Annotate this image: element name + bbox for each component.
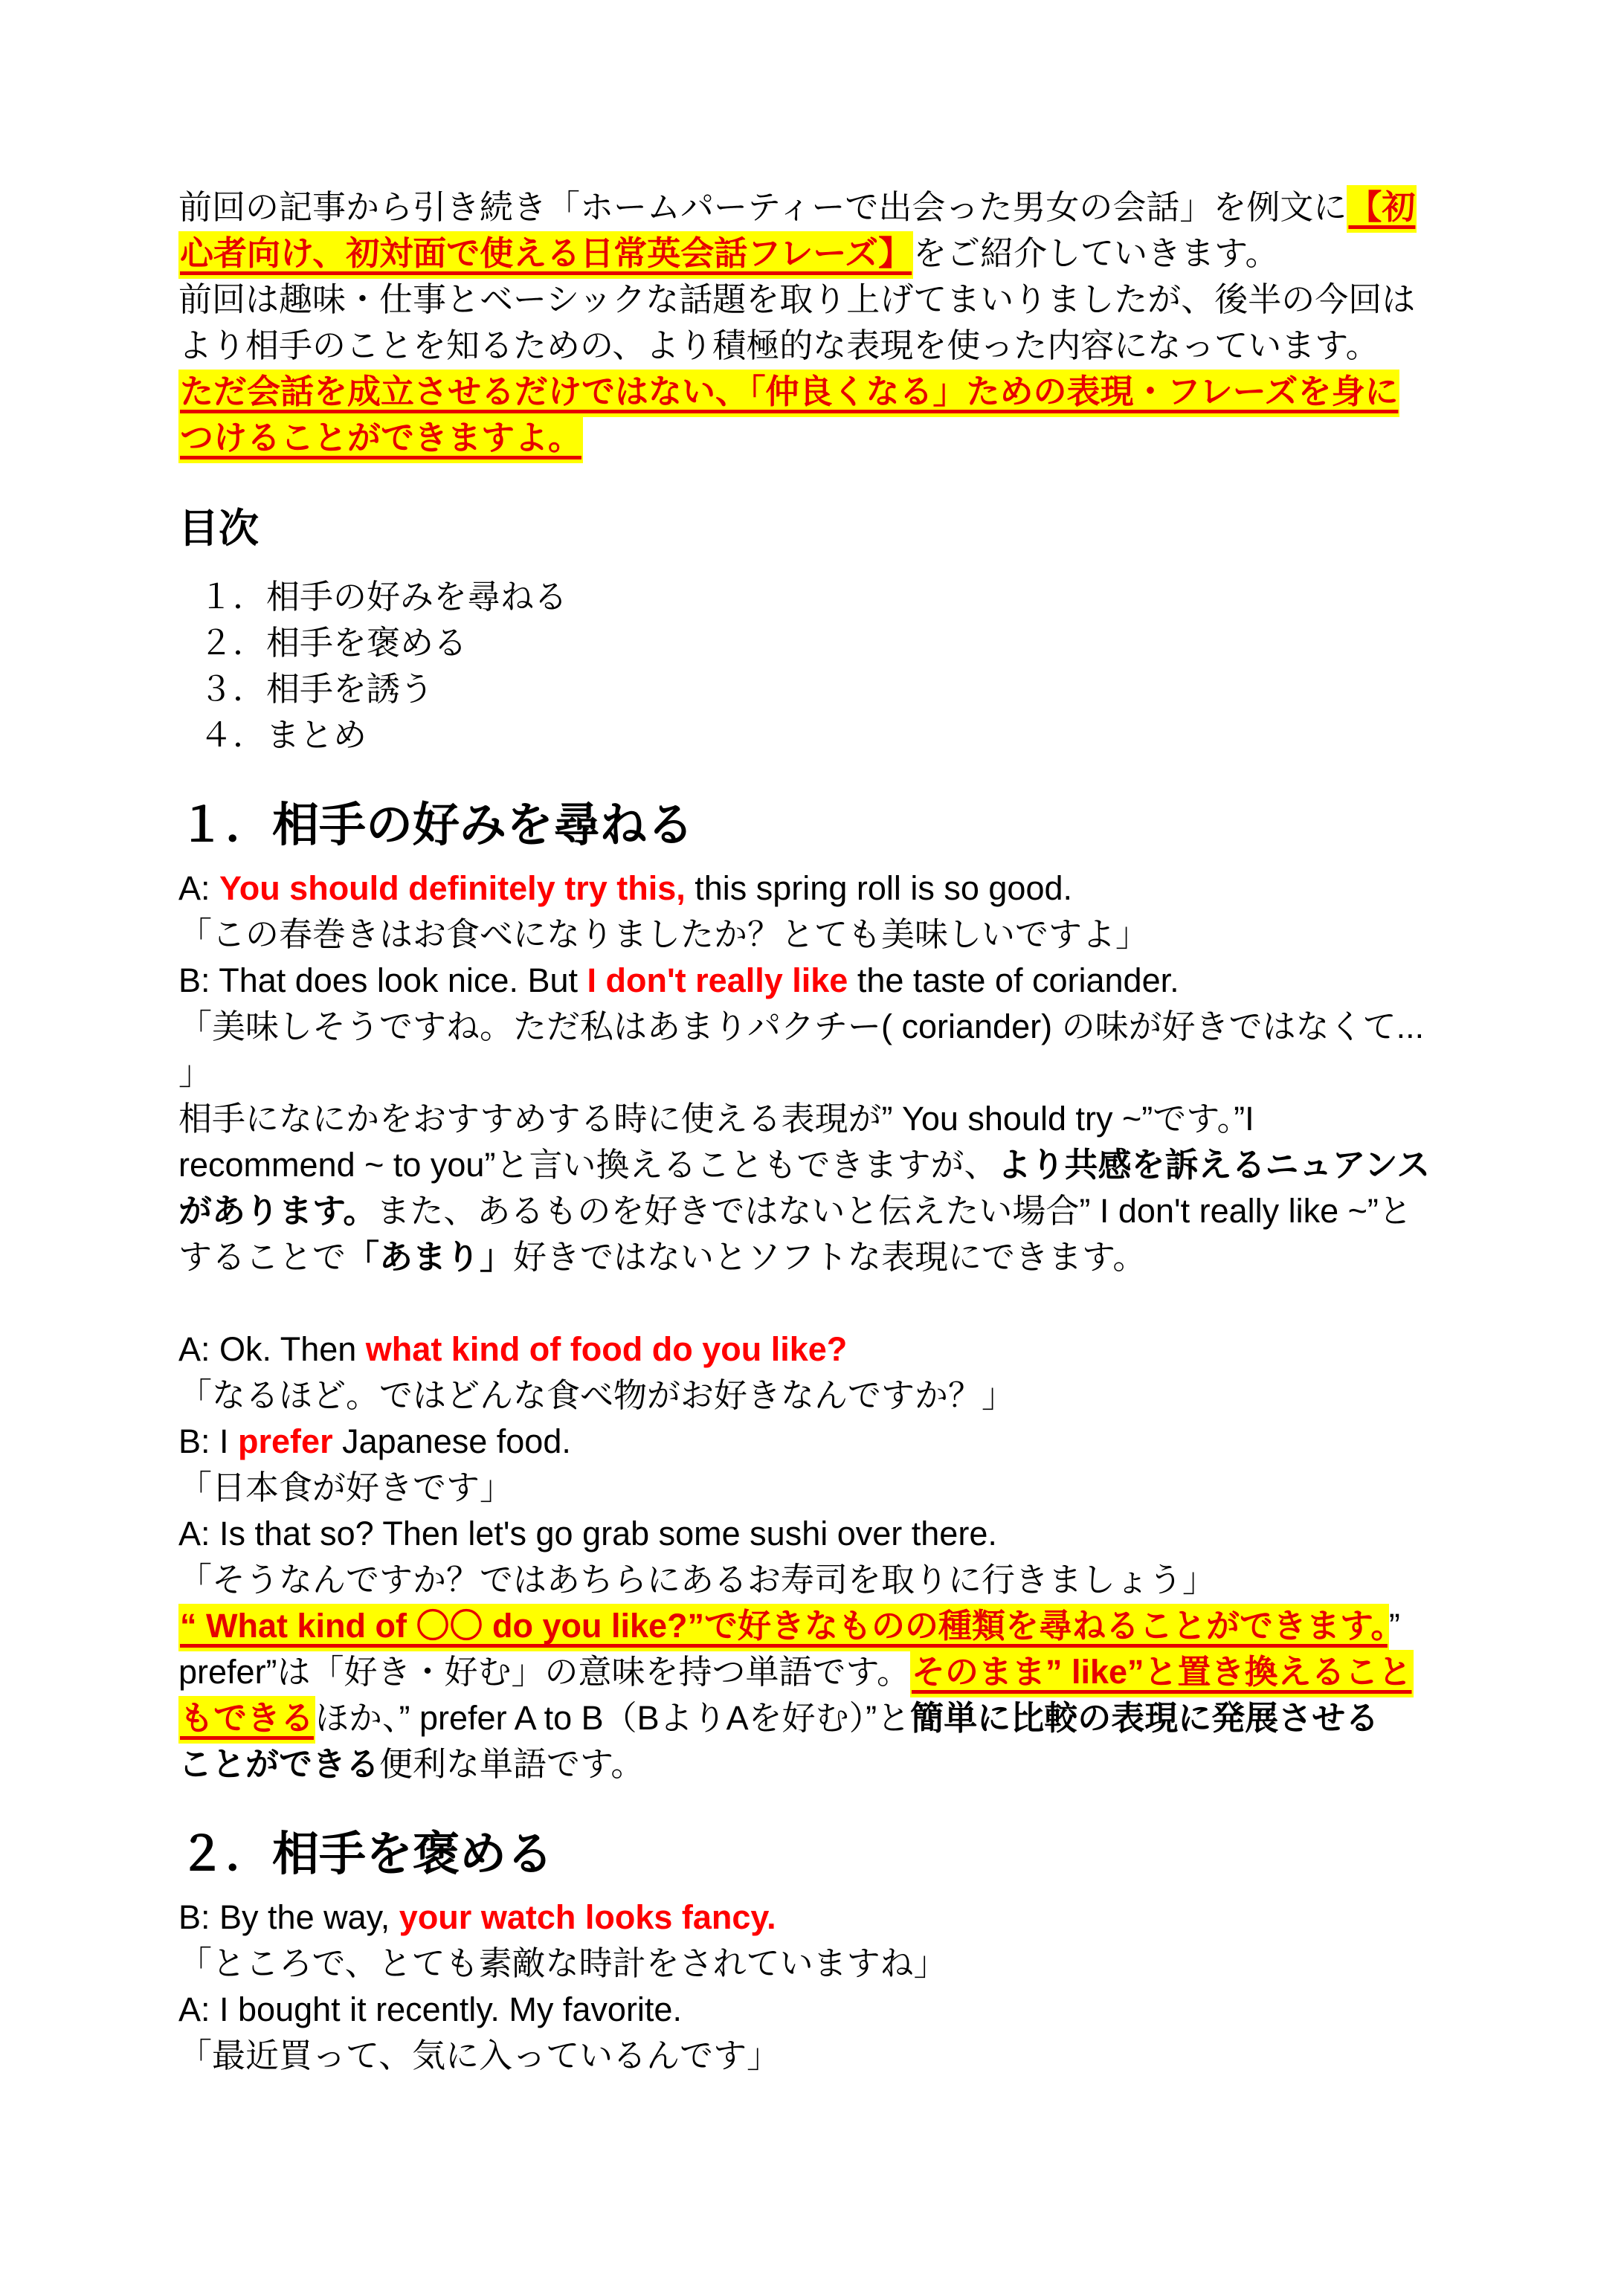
toc-heading: 目次 [178, 503, 1460, 555]
highlighted-phrase: 心者向け、初対面で使える日常英会話フレーズ】 [178, 231, 913, 279]
text-line: より相手のことを知るための、より積極的な表現を使った内容になっています。 [178, 323, 1460, 369]
section-2-dialogue: B: By the way, your watch looks fancy.「と… [178, 1894, 1460, 2079]
text-line: 相手になにかをおすすめする時に使える表現が” You should try ~”… [178, 1096, 1460, 1142]
text-line: ことができる便利な単語です。 [178, 1741, 1460, 1787]
text-line: つけることができますよ。 [178, 415, 1460, 461]
text-line: もできるほか、” prefer A to B（BよりAを好む）”と簡単に比較の表… [178, 1695, 1460, 1741]
text-run: B: That does look nice. But [178, 961, 587, 999]
toc-item: ３．相手を誘う [199, 666, 1460, 712]
bold-phrase: より共感を訴えるニュアンス [997, 1146, 1430, 1184]
text-run: 「この春巻きはお食べになりましたか？とても美味しいですよ」 [178, 915, 1149, 953]
red-phrase: what kind of food do you like? [366, 1330, 847, 1368]
text-run: をご紹介していきます。 [913, 234, 1278, 272]
text-line: 心者向け、初対面で使える日常英会話フレーズ】をご紹介していきます。 [178, 230, 1460, 277]
text-run: 「日本食が好きです」 [178, 1468, 513, 1506]
intro-paragraph: 前回の記事から引き続き「ホームパーティーで出会った男女の会話」を例文に【初心者向… [178, 184, 1460, 461]
table-of-contents: １．相手の好みを尋ねる２．相手を褒める３．相手を誘う４．まとめ [178, 574, 1460, 758]
text-line: 「なるほど。ではどんな食べ物がお好きなんですか？」 [178, 1373, 1460, 1419]
text-run: ” [1389, 1607, 1400, 1645]
document-page: 前回の記事から引き続き「ホームパーティーで出会った男女の会話」を例文に【初心者向… [0, 0, 1624, 2296]
text-run: 前回は趣味・仕事とベーシックな話題を取り上げてまいりましたが、後半の今回は [178, 280, 1415, 318]
document-content: 前回の記事から引き続き「ホームパーティーで出会った男女の会話」を例文に【初心者向… [178, 184, 1460, 2079]
text-run: B: By the way, [178, 1898, 399, 1936]
bold-phrase: 簡単に比較の表現に発展させる [910, 1699, 1379, 1737]
highlighted-phrase: そのまま” like”と置き換えること [910, 1650, 1414, 1697]
text-run: 「美味しそうですね。ただ私はあまりパクチー( coriander) の味が好きで… [178, 1007, 1424, 1045]
text-run: recommend ~ to you”と言い換えることもできますが、 [178, 1146, 997, 1184]
text-line: ただ会話を成立させるだけではない、「仲良くなる」ための表現・フレーズを身に [178, 369, 1460, 415]
text-run: 前回の記事から引き続き「ホームパーティーで出会った男女の会話」を例文に [178, 188, 1347, 226]
text-line: することで「あまり」好きではないとソフトな表現にできます。 [178, 1234, 1460, 1280]
text-run: Japanese food. [333, 1422, 571, 1460]
text-run: A: [178, 869, 219, 907]
text-run: 「最近買って、気に入っているんです」 [178, 2037, 780, 2074]
text-run: B: I [178, 1422, 238, 1460]
highlighted-phrase: 【初 [1347, 185, 1417, 233]
text-line: 」 [178, 1050, 1460, 1096]
text-line: recommend ~ to you”と言い換えることもできますが、より共感を訴… [178, 1142, 1460, 1188]
highlighted-phrase: “ What kind of 〇〇 do you like?”で好きなものの種類… [178, 1604, 1389, 1651]
section-1-dialogue-2-and-note: A: Ok. Then what kind of food do you lik… [178, 1326, 1460, 1787]
toc-item: ４．まとめ [199, 712, 1460, 758]
text-line: 「ところで、とても素敵な時計をされていますね」 [178, 1941, 1460, 1987]
section-2-heading: ２．相手を褒める [178, 1825, 1460, 1884]
text-run: the taste of coriander. [848, 961, 1179, 999]
text-run: 「ところで、とても素敵な時計をされていますね」 [178, 1944, 947, 1982]
text-run: prefer”は「好き・好む」の意味を持つ単語です。 [178, 1653, 910, 1691]
text-line: 「この春巻きはお食べになりましたか？とても美味しいですよ」 [178, 912, 1460, 958]
blank-line [178, 1280, 1460, 1326]
text-line: 「日本食が好きです」 [178, 1465, 1460, 1511]
toc-item: １．相手の好みを尋ねる [199, 574, 1460, 620]
text-run: 好きではないとソフトな表現にできます。 [513, 1238, 1146, 1276]
toc-item: ２．相手を褒める [199, 620, 1460, 666]
text-run: 相手になにかをおすすめする時に使える表現が” You should try ~”… [178, 1100, 1254, 1138]
text-run: 便利な単語です。 [379, 1745, 644, 1783]
text-line: B: I prefer Japanese food. [178, 1419, 1460, 1465]
text-line: 前回は趣味・仕事とベーシックな話題を取り上げてまいりましたが、後半の今回は [178, 277, 1460, 323]
red-phrase: I don't really like [587, 961, 848, 999]
red-phrase: You should definitely try this, [219, 869, 686, 907]
highlighted-phrase: もできる [178, 1696, 315, 1744]
text-line: があります。また、あるものを好きではないと伝えたい場合” I don't rea… [178, 1188, 1460, 1234]
text-run: また、あるものを好きではないと伝えたい場合” I don't really li… [376, 1192, 1412, 1230]
text-run: 「そうなんですか？ではあちらにあるお寿司を取りに行きましょう」 [178, 1561, 1216, 1599]
text-line: 前回の記事から引き続き「ホームパーティーで出会った男女の会話」を例文に【初 [178, 184, 1460, 230]
text-line: A: You should definitely try this, this … [178, 865, 1460, 912]
text-line: A: I bought it recently. My favorite. [178, 1987, 1460, 2033]
red-phrase: prefer [238, 1422, 333, 1460]
text-run: より相手のことを知るための、より積極的な表現を使った内容になっています。 [178, 326, 1379, 364]
text-run: ほか、” prefer A to B（BよりAを好む）”と [315, 1699, 910, 1737]
text-run: 「なるほど。ではどんな食べ物がお好きなんですか？」 [178, 1376, 1015, 1414]
highlighted-phrase: つけることができますよ。 [178, 416, 583, 463]
text-run: A: I bought it recently. My favorite. [178, 1990, 682, 2028]
text-line: B: That does look nice. But I don't real… [178, 958, 1460, 1004]
text-line: A: Ok. Then what kind of food do you lik… [178, 1326, 1460, 1373]
section-1-heading: １．相手の好みを尋ねる [178, 796, 1460, 855]
text-line: 「そうなんですか？ではあちらにあるお寿司を取りに行きましょう」 [178, 1557, 1460, 1603]
text-run: A: Is that so? Then let's go grab some s… [178, 1515, 997, 1552]
text-line: “ What kind of 〇〇 do you like?”で好きなものの種類… [178, 1603, 1460, 1649]
section-1-dialogue-and-note: A: You should definitely try this, this … [178, 865, 1460, 1280]
bold-phrase: があります。 [178, 1192, 376, 1230]
text-line: 「美味しそうですね。ただ私はあまりパクチー( coriander) の味が好きで… [178, 1004, 1460, 1050]
bold-phrase: ことができる [178, 1745, 379, 1783]
bold-phrase: 「あまり」 [346, 1238, 513, 1276]
text-line: A: Is that so? Then let's go grab some s… [178, 1511, 1460, 1557]
text-run: this spring roll is so good. [686, 869, 1072, 907]
text-line: B: By the way, your watch looks fancy. [178, 1894, 1460, 1941]
highlighted-phrase: ただ会話を成立させるだけではない、「仲良くなる」ための表現・フレーズを身に [178, 370, 1399, 417]
red-phrase: your watch looks fancy. [399, 1898, 776, 1936]
text-line: 「最近買って、気に入っているんです」 [178, 2033, 1460, 2079]
text-run: 」 [178, 1054, 212, 1091]
text-run: A: Ok. Then [178, 1330, 366, 1368]
text-run: することで [178, 1238, 346, 1276]
text-line: prefer”は「好き・好む」の意味を持つ単語です。そのまま” like”と置き… [178, 1649, 1460, 1695]
